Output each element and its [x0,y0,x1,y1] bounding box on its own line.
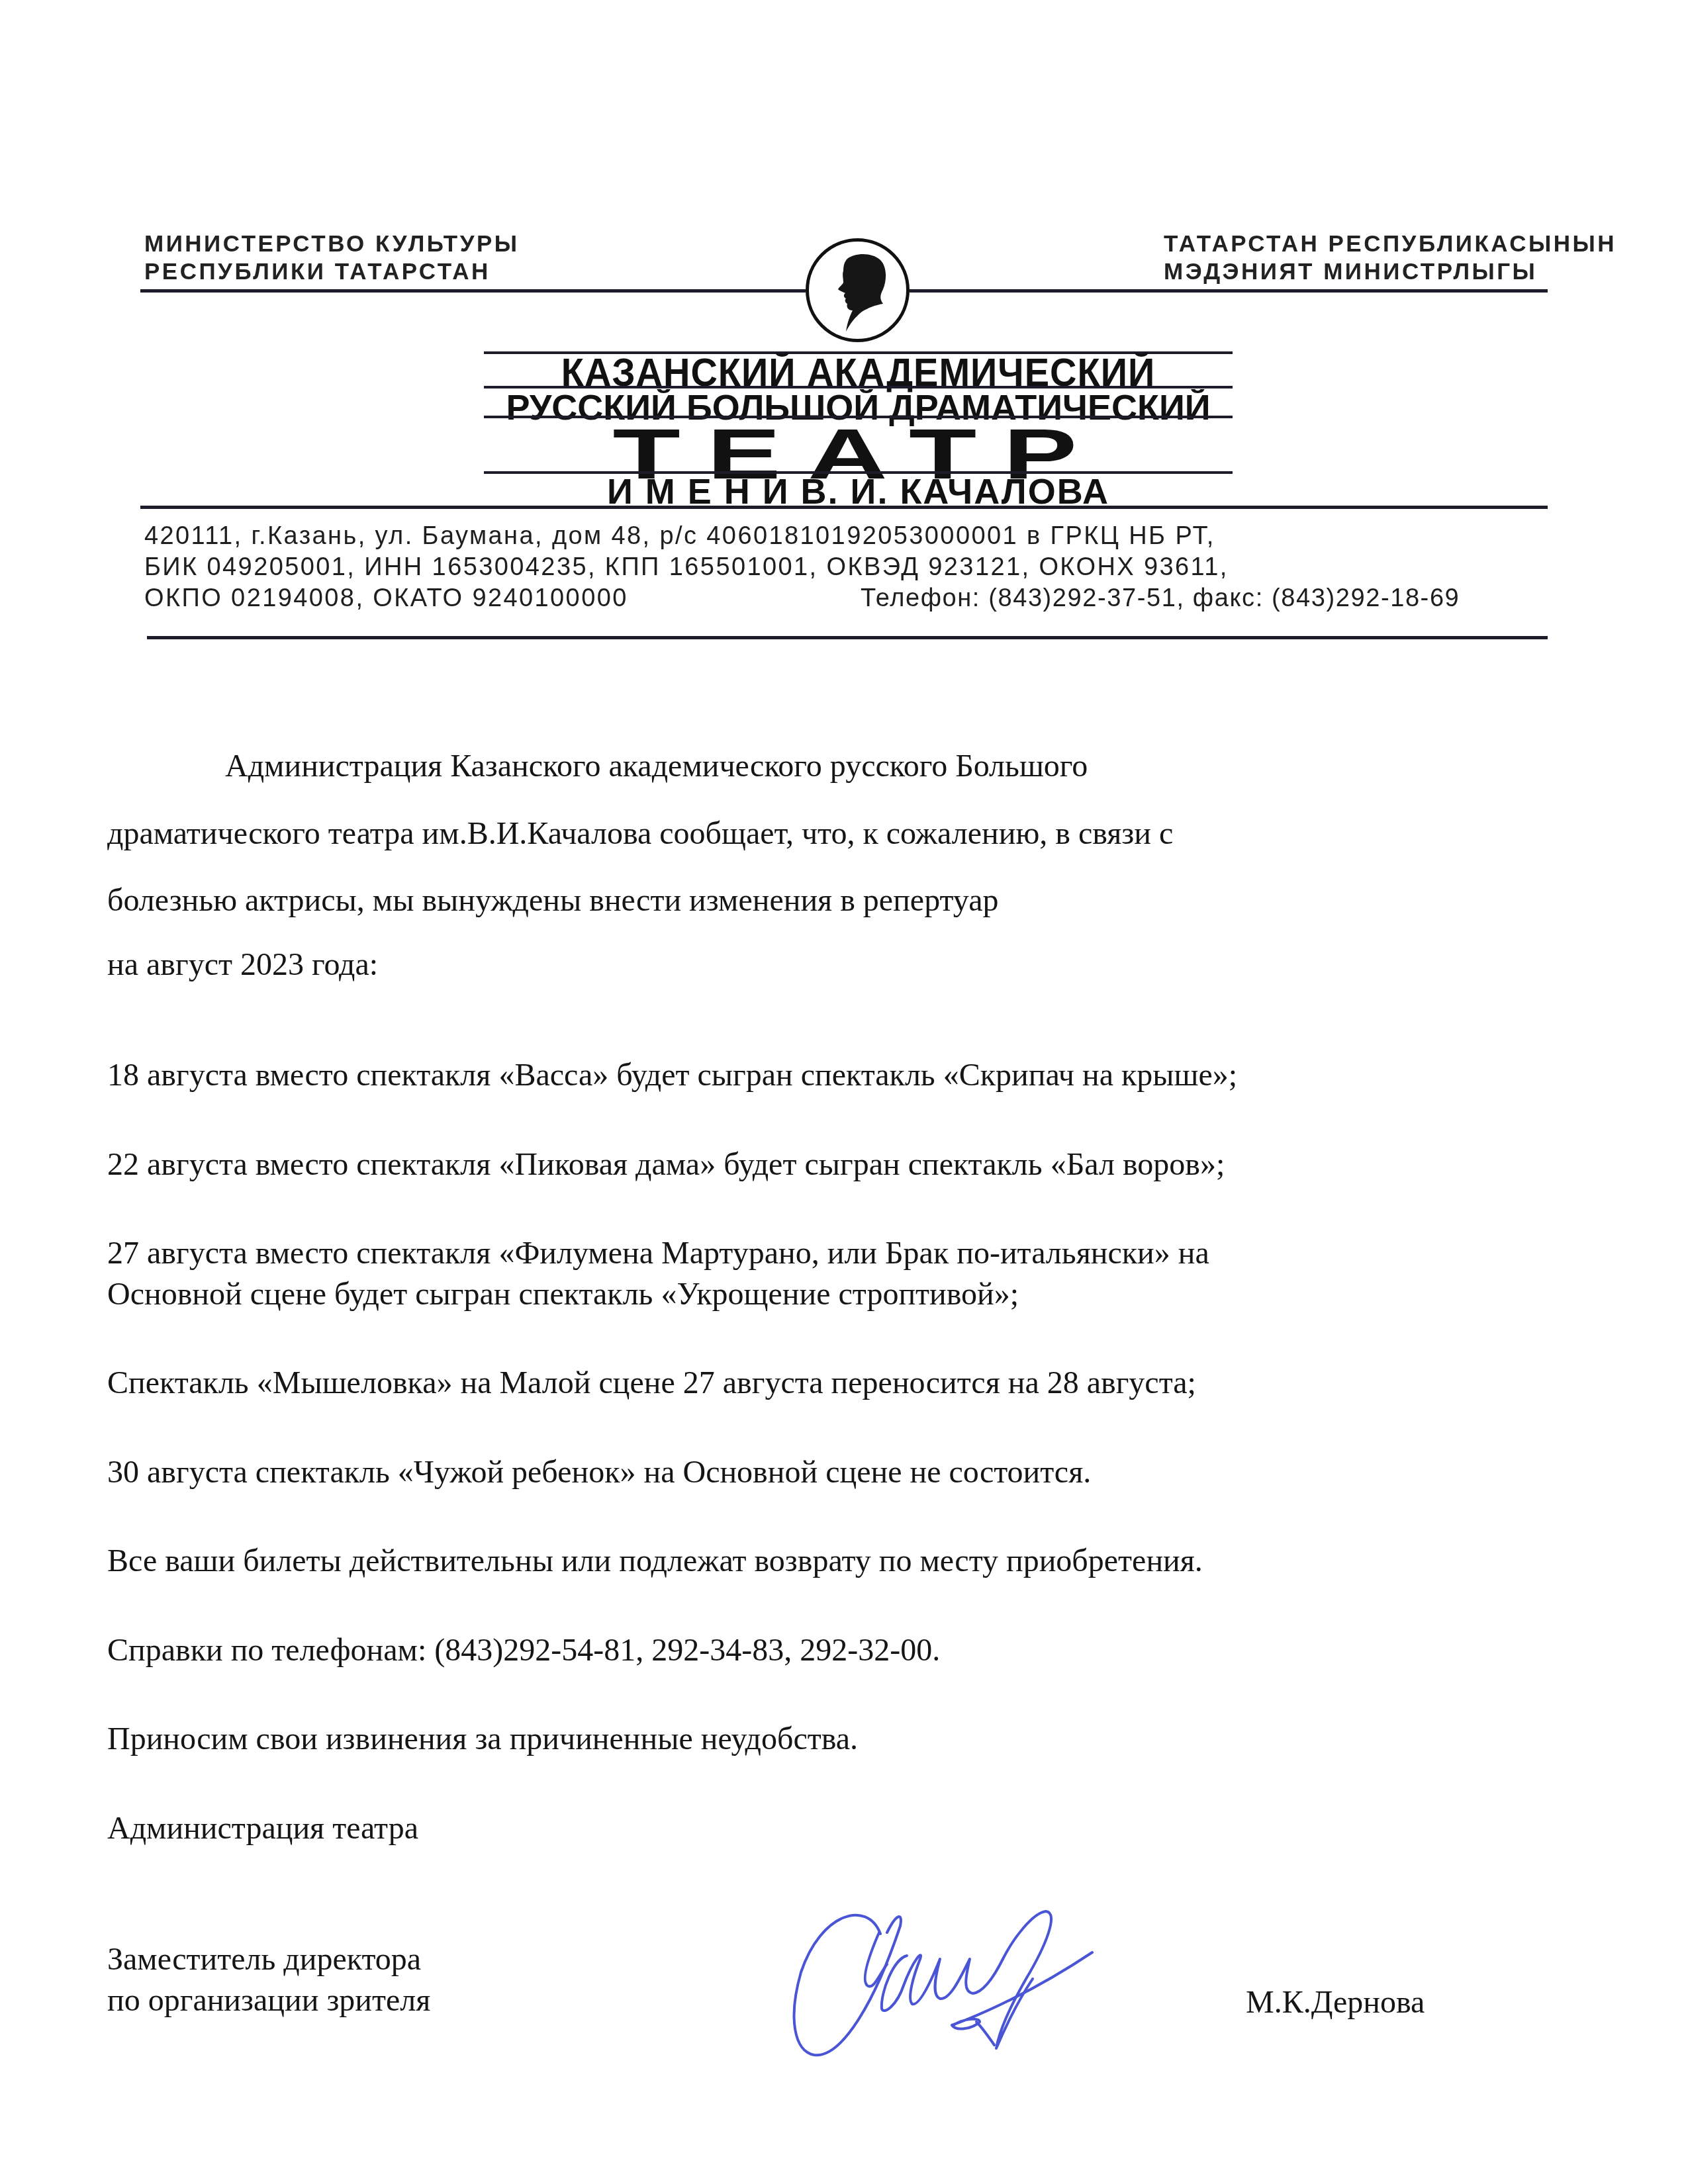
ministry-right-line-2: МЭДЭНИЯТ МИНИСТРЛЫГЫ [1164,258,1617,286]
ministry-right-line-1: ТАТАРСТАН РЕСПУБЛИКАСЫНЫН [1164,230,1617,258]
theatre-name-line-4: И М Е Н И В. И. КАЧАЛОВА [484,474,1233,510]
handwritten-signature-icon [781,1886,1152,2071]
header-divider-right [910,289,1548,293]
ministry-header-right: ТАТАРСТАН РЕСПУБЛИКАСЫНЫН МЭДЭНИЯТ МИНИС… [1164,230,1617,286]
profile-silhouette-icon [809,242,906,339]
details-line-3-right: Телефон: (843)292-37-51, факс: (843)292-… [861,583,1460,614]
change-item-4: Спектакль «Мышеловка» на Малой сцене 27 … [107,1365,1196,1401]
intro-line-2: драматического театра им.В.И.Качалова со… [107,815,1173,852]
change-item-1: 18 августа вместо спектакля «Васса» буде… [107,1057,1237,1093]
signatory-position: Заместитель директора по организации зри… [107,1939,430,2021]
closing-note: Администрация театра [107,1810,418,1846]
details-bottom-rule [147,636,1548,639]
signatory-name: М.К.Дернова [1246,1982,1425,2023]
theatre-logo [806,238,910,342]
ministry-left-line-1: МИНИСТЕРСТВО КУЛЬТУРЫ [144,230,520,258]
header-divider-left [140,289,806,293]
change-item-3-line-2: Основной сцене будет сыгран спектакль «У… [107,1276,1019,1312]
details-line-3-left: ОКПО 02194008, ОКАТО 9240100000 [144,583,628,614]
position-line-2: по организации зрителя [107,1980,430,2021]
intro-line-4: на август 2023 года: [107,946,378,983]
intro-line-3: болезнью актрисы, мы вынуждены внести из… [107,882,999,919]
details-line-2: БИК 049205001, ИНН 1653004235, КПП 16550… [144,552,1229,582]
apology-note: Приносим свои извинения за причиненные н… [107,1721,858,1757]
change-item-5: 30 августа спектакль «Чужой ребенок» на … [107,1454,1091,1490]
ministry-header-left: МИНИСТЕРСТВО КУЛЬТУРЫ РЕСПУБЛИКИ ТАТАРСТ… [144,230,520,286]
phones-note: Справки по телефонам: (843)292-54-81, 29… [107,1632,940,1668]
position-line-1: Заместитель директора [107,1939,430,1980]
banner-rule-2 [484,386,1233,388]
details-line-1: 420111, г.Казань, ул. Баумана, дом 48, р… [144,521,1215,551]
details-top-rule [140,506,1548,509]
change-item-3-line-1: 27 августа вместо спектакля «Филумена Ма… [107,1235,1209,1271]
tickets-note: Все ваши билеты действительны или подлеж… [107,1543,1203,1579]
ministry-left-line-2: РЕСПУБЛИКИ ТАТАРСТАН [144,258,520,286]
change-item-2: 22 августа вместо спектакля «Пиковая дам… [107,1146,1225,1183]
intro-line-1: Администрация Казанского академического … [225,748,1088,784]
